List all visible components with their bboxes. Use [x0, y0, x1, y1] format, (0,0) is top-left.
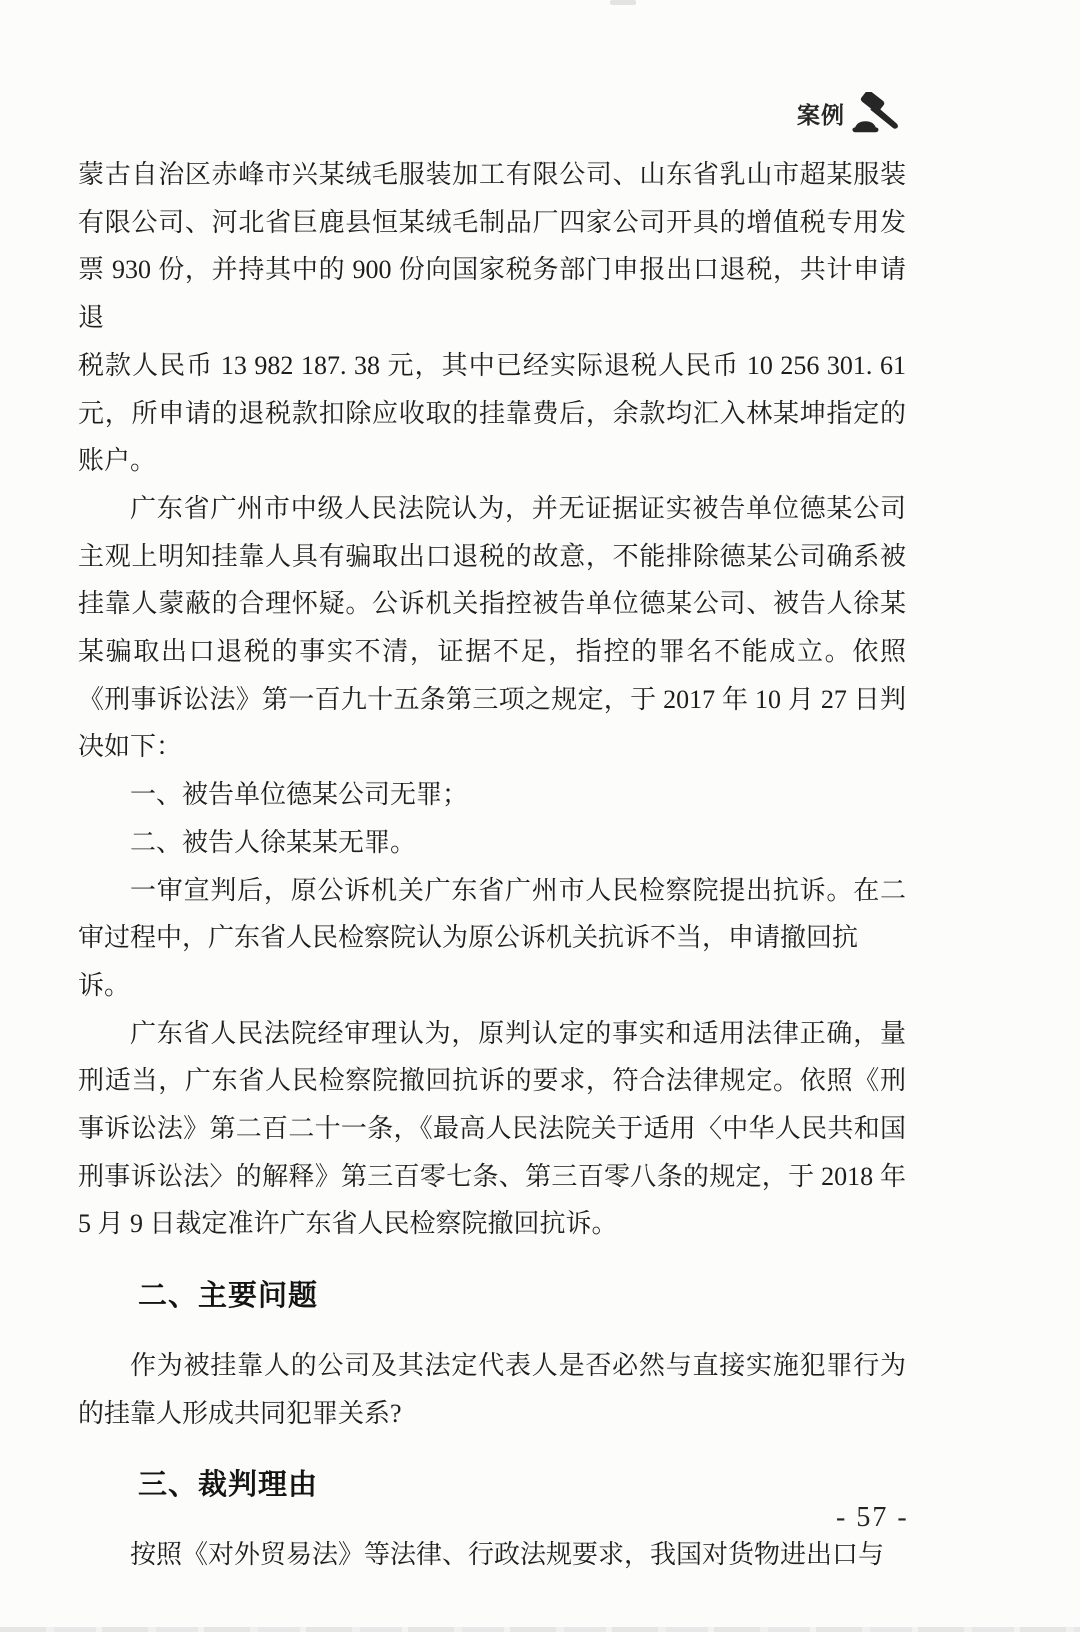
section-heading: 二、主要问题	[78, 1273, 906, 1321]
text-line: 票 930 份，并持其中的 900 份向国家税务部门申报出口退税，共计申请退	[78, 246, 906, 341]
text-line: 税款人民币 13 982 187. 38 元，其中已经实际退税人民币 10 25…	[78, 342, 906, 390]
text-line: 有限公司、河北省巨鹿县恒某绒毛制品厂四家公司开具的增值税专用发	[78, 199, 906, 247]
text-line: 二、主要问题	[78, 1273, 906, 1321]
text-line: 主观上明知挂靠人具有骗取出口退税的故意，不能排除德某公司确系被	[78, 533, 906, 581]
page-header: 案例	[797, 92, 902, 135]
text-line: 一审宣判后，原公诉机关广东省广州市人民检察院提出抗诉。在二	[78, 867, 906, 915]
text-line: 二、被告人徐某某无罪。	[78, 819, 906, 867]
text-line: 作为被挂靠人的公司及其法定代表人是否必然与直接实施犯罪行为	[78, 1342, 906, 1390]
text-line: 5 月 9 日裁定准许广东省人民检察院撤回抗诉。	[78, 1200, 906, 1248]
book-page: 案例 蒙古自治区赤峰市兴某绒毛服装加工有限公司、山东省乳山市超某服装有限公司、河…	[0, 0, 1080, 1632]
text-line: 某骗取出口退税的事实不清，证据不足，指控的罪名不能成立。依照	[78, 628, 906, 676]
text-line: 审过程中，广东省人民检察院认为原公诉机关抗诉不当，申请撤回抗诉。	[78, 914, 906, 1009]
text-line: 的挂靠人形成共同犯罪关系?	[78, 1390, 906, 1438]
body-paragraph: 蒙古自治区赤峰市兴某绒毛服装加工有限公司、山东省乳山市超某服装有限公司、河北省巨…	[78, 151, 906, 485]
page-number: - 57 -	[836, 1502, 909, 1534]
text-line: 事诉讼法》第二百二十一条，《最高人民法院关于适用〈中华人民共和国	[78, 1105, 906, 1153]
scan-artifact	[610, 0, 636, 5]
text-line: 《刑事诉讼法》第一百九十五条第三项之规定，于 2017 年 10 月 27 日判	[78, 676, 906, 724]
text-line: 一、被告单位德某公司无罪；	[78, 771, 906, 819]
text-line: 刑适当，广东省人民检察院撤回抗诉的要求，符合法律规定。依照《刑	[78, 1057, 906, 1105]
text-line: 广东省人民法院经审理认为，原判认定的事实和适用法律正确，量	[78, 1010, 906, 1058]
section-label: 案例	[797, 100, 845, 127]
text-line: 蒙古自治区赤峰市兴某绒毛服装加工有限公司、山东省乳山市超某服装	[78, 151, 906, 199]
body-paragraph: 广东省人民法院经审理认为，原判认定的事实和适用法律正确，量刑适当，广东省人民检察…	[78, 1010, 906, 1249]
text-line: 按照《对外贸易法》等法律、行政法规要求，我国对货物进出口与	[78, 1531, 906, 1579]
scan-edge	[0, 1627, 1080, 1632]
text-line: 广东省广州市中级人民法院认为，并无证据证实被告单位德某公司	[78, 485, 906, 533]
body-paragraph: 广东省广州市中级人民法院认为，并无证据证实被告单位德某公司主观上明知挂靠人具有骗…	[78, 485, 906, 771]
body-paragraph: 二、被告人徐某某无罪。	[78, 819, 906, 867]
text-line: 刑事诉讼法〉的解释》第三百零七条、第三百零八条的规定，于 2018 年	[78, 1153, 906, 1201]
text-line: 挂靠人蒙蔽的合理怀疑。公诉机关指控被告单位德某公司、被告人徐某	[78, 580, 906, 628]
text-line: 三、裁判理由	[78, 1462, 906, 1510]
text-line: 账户。	[78, 437, 906, 485]
section-heading: 三、裁判理由	[78, 1462, 906, 1510]
text-line: 元，所申请的退税款扣除应收取的挂靠费后，余款均汇入林某坤指定的	[78, 390, 906, 438]
text-line: 决如下：	[78, 723, 906, 771]
gavel-icon	[852, 92, 902, 135]
body-paragraph: 一审宣判后，原公诉机关广东省广州市人民检察院提出抗诉。在二审过程中，广东省人民检…	[78, 867, 906, 1010]
body-paragraph: 一、被告单位德某公司无罪；	[78, 771, 906, 819]
document-body: 蒙古自治区赤峰市兴某绒毛服装加工有限公司、山东省乳山市超某服装有限公司、河北省巨…	[78, 151, 906, 1579]
body-paragraph: 按照《对外贸易法》等法律、行政法规要求，我国对货物进出口与	[78, 1531, 906, 1579]
body-paragraph: 作为被挂靠人的公司及其法定代表人是否必然与直接实施犯罪行为的挂靠人形成共同犯罪关…	[78, 1342, 906, 1437]
